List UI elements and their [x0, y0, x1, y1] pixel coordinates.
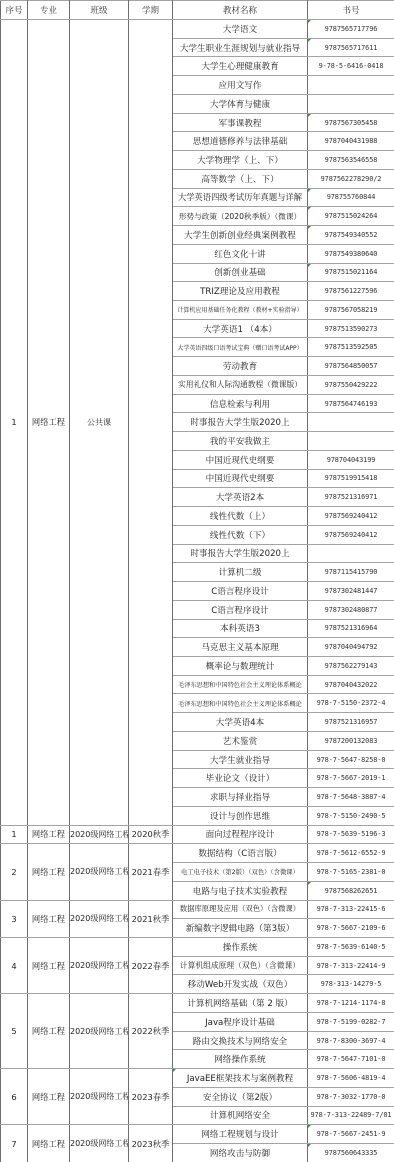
book-name-cell[interactable]: 大学英语四级口语考试宝典（赠口语考试APP） — [173, 338, 308, 357]
isbn-value: 9787040432022 — [325, 681, 378, 689]
isbn-cell[interactable]: 9787302480877 — [308, 600, 394, 619]
major-cell[interactable]: 网络工程 — [28, 937, 70, 993]
isbn-cell[interactable]: 978-7-5165-2381-0 — [308, 863, 394, 882]
isbn-value: 978-7-5639-6140-5 — [317, 943, 386, 951]
isbn-cell[interactable]: 978-7-5606-4819-4 — [308, 1069, 394, 1088]
isbn-cell[interactable]: 9787513590273 — [308, 319, 394, 338]
book-name: 数据结构（C语言版） — [198, 849, 281, 859]
table-row: 1网络工程2020级网络工程本科1班2020秋季面向过程程序设计978-7-56… — [1, 825, 394, 844]
isbn-value: 978-7-5667-2451-9 — [317, 1130, 386, 1138]
isbn-cell[interactable] — [308, 94, 394, 113]
book-name: 思想道德修养与法律基础 — [193, 137, 288, 147]
isbn-value: 9787567058219 — [325, 306, 378, 314]
seq-cell[interactable]: 1 — [1, 20, 28, 826]
isbn-cell[interactable]: 9787565717611 — [308, 38, 394, 57]
book-name: 安全协议（第2版） — [203, 1093, 277, 1103]
book-name: 网络攻击与防御 — [210, 1149, 270, 1159]
isbn-value: 978755760844 — [327, 193, 376, 201]
isbn-cell[interactable]: 978704043199 — [308, 450, 394, 469]
isbn-value: 978-7-5667-2019-1 — [317, 774, 386, 782]
isbn-value: 9787563546558 — [325, 156, 378, 164]
book-name-cell[interactable]: 新编数字逻辑电路（第3版） — [173, 919, 308, 938]
book-name: 计算机应用基础任务化教程（教材+实验指导） — [177, 307, 302, 314]
text-format-indicator-icon — [308, 189, 311, 192]
book-name: 网络工程规划与设计 — [201, 1130, 278, 1140]
book-name: 应用文写作 — [219, 81, 262, 91]
book-name-cell[interactable]: 中国近现代史纲要 — [173, 469, 308, 488]
class-cell[interactable]: 2020级网络工程本科1班 — [70, 994, 129, 1069]
book-name: 大学语文 — [223, 25, 257, 35]
isbn-cell[interactable]: 978-7-5667-2451-9 — [308, 1125, 394, 1144]
book-name: 大学生职业生涯规划与就业指导 — [180, 44, 300, 54]
isbn-cell[interactable]: 978755760844 — [308, 188, 394, 207]
header-book-name[interactable]: 教材名称 — [173, 1, 308, 20]
isbn-cell[interactable]: 9787513592505 — [308, 338, 394, 357]
class-cell[interactable]: 2020级网络工程本科1班 — [70, 1069, 129, 1125]
book-name-cell[interactable]: 大学体育与健康 — [173, 94, 308, 113]
text-format-indicator-icon — [308, 882, 311, 885]
book-name-cell[interactable]: 大学英语1 （4本） — [173, 319, 308, 338]
isbn-value: 9787561227596 — [325, 287, 378, 295]
text-format-indicator-icon — [308, 114, 311, 117]
book-name: 路由交换技术与网络安全 — [193, 1037, 288, 1047]
term-cell[interactable]: 2021秋季 — [129, 900, 173, 937]
book-name: C语言程序设计 — [211, 587, 269, 597]
header-term[interactable]: 学期 — [129, 1, 173, 20]
book-name-cell[interactable]: 面向过程程序设计 — [173, 825, 308, 844]
isbn-value: 9787562278290/2 — [321, 175, 382, 183]
isbn-value: 978-7-5648-3887-4 — [317, 793, 386, 801]
isbn-cell[interactable]: 978-7-1214-1174-8 — [308, 994, 394, 1013]
isbn-value: 9787568262651 — [325, 887, 378, 895]
book-name-cell[interactable]: 大学物理学（上、下） — [173, 151, 308, 170]
isbn-cell[interactable]: 9787563546558 — [308, 151, 394, 170]
isbn-cell[interactable]: 9787040431988 — [308, 132, 394, 151]
book-name: 中国近现代史纲要 — [206, 456, 275, 466]
isbn-value: 9787565717796 — [325, 25, 378, 33]
major-cell[interactable]: 网络工程 — [28, 1125, 70, 1162]
isbn-cell[interactable]: 978-7-5639-5196-3 — [308, 825, 394, 844]
isbn-value: 978-7-1214-1174-8 — [317, 999, 386, 1007]
isbn-cell[interactable]: 978-7-5667-2019-1 — [308, 769, 394, 788]
isbn-cell[interactable]: 978-7-5612-6552-9 — [308, 844, 394, 863]
isbn-value: 9787302481447 — [325, 587, 378, 595]
class-cell[interactable]: 2020级网络工程本科1班 — [70, 844, 129, 900]
isbn-cell[interactable]: 978-7-5150-2372-4 — [308, 694, 394, 713]
text-format-indicator-icon — [308, 1144, 311, 1147]
isbn-value: 9787560643335 — [325, 1149, 378, 1157]
book-name: 大学英语四级口语考试宝典（赠口语考试APP） — [177, 345, 302, 352]
book-name-cell[interactable]: 大学英语2本 — [173, 488, 308, 507]
header-isbn[interactable]: 书号 — [308, 1, 394, 20]
text-format-indicator-icon — [308, 264, 311, 267]
book-name: 红色文化十讲 — [214, 250, 266, 260]
book-name: 本科英语3 — [220, 624, 260, 634]
isbn-cell[interactable]: 978-7-5150-2490-5 — [308, 806, 394, 825]
book-name: 大学英语四级考试历年真题与详解 — [178, 192, 302, 202]
isbn-value: 978-7-5150-2490-5 — [317, 812, 386, 820]
isbn-cell[interactable]: 978-7-313-22415-6 — [308, 900, 394, 919]
book-name-cell[interactable]: 网络操作系统 — [173, 1050, 308, 1069]
book-name: 新编数字逻辑电路（第3版） — [186, 924, 295, 934]
isbn-value: 9787569240412 — [325, 512, 378, 520]
class-cell[interactable]: 2020级网络工程本科1班 — [70, 900, 129, 937]
book-name-cell[interactable]: 军事课教程 — [173, 113, 308, 132]
isbn-cell[interactable]: 978-7-313-22414-9 — [308, 956, 394, 975]
isbn-value: 978-7-5639-5196-3 — [317, 830, 386, 838]
isbn-cell[interactable]: 978-7-3032-1770-0 — [308, 1087, 394, 1106]
textbook-spreadsheet: 序号 专业 班级 学期 教材名称 书号 1网络工程公共课大学语文97875657… — [0, 0, 394, 1162]
table-row: 1网络工程公共课大学语文9787565717796 — [1, 20, 394, 39]
book-name: TRIZ理论及应用教程 — [200, 287, 280, 297]
book-name-cell[interactable]: C语言程序设计 — [173, 600, 308, 619]
isbn-value: 9787513590273 — [325, 325, 378, 333]
book-name: 中国近现代史纲要 — [206, 474, 275, 484]
isbn-value: 9787521316957 — [325, 718, 378, 726]
text-format-indicator-icon — [308, 1125, 311, 1128]
book-name: 我的平安我做主 — [210, 437, 270, 447]
book-name-cell[interactable]: 本科英语3 — [173, 619, 308, 638]
book-name: 计算机网络安全 — [210, 1111, 270, 1121]
book-name: 劳动教育 — [223, 362, 257, 372]
term-cell[interactable]: 2021春季 — [129, 844, 173, 900]
isbn-value: 978-7-5647-8258-0 — [317, 756, 386, 764]
book-name-cell[interactable]: 大学英语四级考试历年真题与详解 — [173, 188, 308, 207]
isbn-value: 978-7-5667-2109-6 — [317, 924, 386, 932]
book-name: 数据库原理及应用（双色）（含微课） — [180, 904, 300, 913]
isbn-cell[interactable]: 9787560643335 — [308, 1144, 394, 1162]
isbn-cell[interactable]: 978-7-5647-8258-0 — [308, 750, 394, 769]
table-row: 2网络工程2020级网络工程本科1班2021春季数据结构（C语言版）978-7-… — [1, 844, 394, 863]
table-row: 5网络工程2020级网络工程本科1班2022秋季计算机网络基础（第 2 版）97… — [1, 994, 394, 1013]
book-name-cell[interactable]: 大学生创新创业经典案例教程 — [173, 226, 308, 245]
book-name: 电路与电子技术实验教程 — [193, 887, 288, 897]
seq-cell[interactable]: 2 — [1, 844, 28, 900]
class-cell[interactable]: 2020级网络工程本科1班 — [70, 1125, 129, 1162]
book-name: 设计与创作思维 — [210, 812, 270, 822]
header-row: 序号 专业 班级 学期 教材名称 书号 — [1, 1, 394, 20]
book-name-cell[interactable]: 大学生就业指导 — [173, 750, 308, 769]
book-name: 马克思主义基本原理 — [201, 643, 278, 653]
book-name: 大学英语2本 — [216, 493, 264, 503]
major-cell[interactable]: 网络工程 — [28, 1069, 70, 1125]
isbn-cell[interactable] — [308, 76, 394, 95]
book-name: 计算机二级 — [219, 568, 262, 578]
book-name-cell[interactable]: 创新创业基础 — [173, 263, 308, 282]
book-name-cell[interactable]: 线性代数（下） — [173, 525, 308, 544]
isbn-value: 9787040494792 — [325, 643, 378, 651]
book-name: 毕业论文（设计） — [206, 774, 275, 784]
seq-cell[interactable]: 5 — [1, 994, 28, 1069]
isbn-value: 978-7-8300-3697-4 — [317, 1037, 386, 1045]
book-name: 操作系统 — [223, 943, 257, 953]
isbn-cell[interactable] — [308, 413, 394, 432]
isbn-value: 9787513592505 — [325, 343, 378, 351]
isbn-cell[interactable]: 9787562278290/2 — [308, 169, 394, 188]
isbn-cell[interactable]: 9787302481447 — [308, 582, 394, 601]
isbn-value: 978-313-14279-5 — [321, 980, 382, 988]
book-name: 大学生创新创业经典案例教程 — [184, 231, 296, 241]
isbn-cell[interactable]: 9787568262651 — [308, 881, 394, 900]
book-name: 时事报告大学生版2020上 — [190, 418, 289, 428]
book-name-cell[interactable]: 计算机应用基础任务化教程（教材+实验指导） — [173, 301, 308, 320]
table-body: 1网络工程公共课大学语文9787565717796大学生职业生涯规划与就业指导9… — [1, 20, 394, 1162]
isbn-value: 9787569240412 — [325, 531, 378, 539]
book-name-cell[interactable]: 数据库原理及应用（双色）（含微课） — [173, 900, 308, 919]
book-name: 计算机网络基础（第 2 版） — [187, 999, 292, 1009]
book-name: 大学物理学（上、下） — [197, 156, 283, 166]
isbn-value: 978-7-313-22415-6 — [317, 905, 386, 913]
book-name-cell[interactable]: 红色文化十讲 — [173, 244, 308, 263]
isbn-cell[interactable]: 9787519915418 — [308, 469, 394, 488]
isbn-cell[interactable]: 9787521316964 — [308, 619, 394, 638]
book-name: 大学体育与健康 — [210, 100, 270, 110]
isbn-cell[interactable]: 9787562279143 — [308, 656, 394, 675]
book-name-cell[interactable]: 安全协议（第2版） — [173, 1087, 308, 1106]
book-name-cell[interactable]: 我的平安我做主 — [173, 432, 308, 451]
book-name: Java程序设计基础 — [205, 1018, 275, 1028]
book-name-cell[interactable]: 艺术鉴赏 — [173, 731, 308, 750]
book-name: 毛泽东思想和中国特色社会主义理论体系概论 — [178, 682, 302, 689]
isbn-cell[interactable]: 9787567058219 — [308, 301, 394, 320]
book-name-cell[interactable]: 网络攻击与防御 — [173, 1144, 308, 1162]
isbn-cell[interactable]: 9787521316957 — [308, 713, 394, 732]
book-name-cell[interactable]: 信息检索与利用 — [173, 394, 308, 413]
isbn-cell[interactable]: 9787549340552 — [308, 226, 394, 245]
book-name-cell[interactable]: 大学生心理健康教育 — [173, 57, 308, 76]
book-name: 形势与政策（2020秋季版）（微课） — [179, 212, 301, 221]
isbn-value: 9787549380640 — [325, 250, 378, 258]
isbn-cell[interactable]: 9787515021164 — [308, 263, 394, 282]
isbn-cell[interactable]: 9787515024264 — [308, 207, 394, 226]
isbn-cell[interactable]: 9787040432022 — [308, 675, 394, 694]
book-name-cell[interactable]: 计算机网络安全 — [173, 1106, 308, 1125]
seq-cell[interactable]: 1 — [1, 825, 28, 844]
seq-cell[interactable]: 3 — [1, 900, 28, 937]
text-format-indicator-icon — [308, 20, 311, 23]
book-name-cell[interactable]: 大学英语4本 — [173, 713, 308, 732]
book-name-cell[interactable]: 计算机网络基础（第 2 版） — [173, 994, 308, 1013]
book-name-cell[interactable]: 马克思主义基本原理 — [173, 638, 308, 657]
book-name: 毛泽东思想和中国特色社会主义理论体系概论 — [178, 701, 302, 708]
table-row: 3网络工程2020级网络工程本科1班2021秋季数据库原理及应用（双色）（含微课… — [1, 900, 394, 919]
header-class[interactable]: 班级 — [70, 1, 129, 20]
isbn-value: 978-7-313-22414-9 — [317, 962, 386, 970]
book-name-cell[interactable]: 时事报告大学生版2020上 — [173, 544, 308, 563]
text-format-indicator-icon — [173, 1069, 176, 1072]
table-row: 6网络工程2020级网络工程本科1班2023春季JavaEE框架技术与案例教程9… — [1, 1069, 394, 1088]
book-name-cell[interactable]: C语言程序设计 — [173, 582, 308, 601]
book-name: C语言程序设计 — [211, 606, 269, 616]
book-name-cell[interactable]: 数据结构（C语言版） — [173, 844, 308, 863]
text-format-indicator-icon — [308, 207, 311, 210]
isbn-value: 978704043199 — [327, 456, 376, 464]
isbn-value: 9787519915418 — [325, 474, 378, 482]
isbn-cell[interactable]: 9787564850057 — [308, 357, 394, 376]
class-cell[interactable]: 2020级网络工程本科1班 — [70, 937, 129, 993]
isbn-cell[interactable]: 9787569240412 — [308, 525, 394, 544]
seq-cell[interactable]: 4 — [1, 937, 28, 993]
isbn-value: 9787200132083 — [325, 737, 378, 745]
book-name-cell[interactable]: 时事报告大学生版2020上 — [173, 413, 308, 432]
book-name-cell[interactable]: JavaEE框架技术与案例教程 — [173, 1069, 308, 1088]
isbn-cell[interactable] — [308, 432, 394, 451]
book-name-cell[interactable]: Java程序设计基础 — [173, 1012, 308, 1031]
book-name: 大学英语1 （4本） — [203, 325, 277, 335]
isbn-cell[interactable]: 978-7-5648-3887-4 — [308, 788, 394, 807]
major-cell[interactable]: 网络工程 — [28, 20, 70, 826]
isbn-cell[interactable]: 9787200132083 — [308, 731, 394, 750]
book-name: 时事报告大学生版2020上 — [190, 549, 289, 559]
book-name: 线性代数（下） — [210, 531, 270, 541]
book-name: 移动Web开发实战（双色） — [188, 980, 293, 990]
text-format-indicator-icon — [308, 39, 311, 42]
book-name-cell[interactable]: TRIZ理论及应用教程 — [173, 282, 308, 301]
term-cell[interactable]: 2022春季 — [129, 937, 173, 993]
isbn-value: 978-7-5612-6552-9 — [317, 849, 386, 857]
book-name-cell[interactable]: 线性代数（上） — [173, 507, 308, 526]
major-cell[interactable]: 网络工程 — [28, 825, 70, 844]
book-name-cell[interactable]: 毛泽东思想和中国特色社会主义理论体系概论 — [173, 694, 308, 713]
table-row: 7网络工程2020级网络工程本科1班2023秋季网络工程规划与设计978-7-5… — [1, 1125, 394, 1144]
seq-cell[interactable]: 7 — [1, 1125, 28, 1162]
book-name: 面向过程程序设计 — [206, 830, 275, 840]
isbn-value: 9787040431988 — [325, 137, 378, 145]
book-name-cell[interactable]: 求职与择业指导 — [173, 788, 308, 807]
book-name: 电工电子技术（第2版）（双色）（含微课） — [181, 869, 299, 876]
book-name: 大学生就业指导 — [210, 756, 270, 766]
isbn-value: 978-7-5647-7101-0 — [317, 1055, 386, 1063]
book-name: 艺术鉴赏 — [223, 737, 257, 747]
book-name: 概率论与数理统计 — [206, 662, 275, 672]
isbn-value: 978-7-5165-2381-0 — [317, 868, 386, 876]
isbn-cell[interactable]: 9-78-5-6416-0418 — [308, 57, 394, 76]
class-cell[interactable]: 2020级网络工程本科1班 — [70, 825, 129, 844]
book-name: 大学生心理健康教育 — [201, 62, 278, 72]
isbn-cell[interactable]: 978-313-14279-5 — [308, 975, 394, 994]
book-name-cell[interactable]: 中国近现代史纲要 — [173, 450, 308, 469]
book-name-cell[interactable]: 思想道德修养与法律基础 — [173, 132, 308, 151]
isbn-cell[interactable]: 9787569240412 — [308, 507, 394, 526]
isbn-value: 9787521316971 — [325, 493, 378, 501]
book-name: 线性代数（上） — [210, 512, 270, 522]
term-cell[interactable] — [129, 20, 173, 826]
book-name: 计算机组成原理（双色）（含微课） — [180, 961, 300, 970]
isbn-value: 9787564850057 — [325, 362, 378, 370]
isbn-value: 978-7-3032-1770-0 — [317, 1093, 386, 1101]
isbn-value: 9787302480877 — [325, 606, 378, 614]
isbn-cell[interactable]: 9787549380640 — [308, 244, 394, 263]
book-name: 信息检索与利用 — [210, 400, 270, 410]
book-name: 高等数学（上、下） — [201, 175, 278, 185]
isbn-cell[interactable]: 978-7-5667-2109-6 — [308, 919, 394, 938]
header-major[interactable]: 专业 — [28, 1, 70, 20]
isbn-cell[interactable]: 9787567305458 — [308, 113, 394, 132]
book-name-cell[interactable]: 概率论与数理统计 — [173, 656, 308, 675]
isbn-value: 9-78-5-6416-0418 — [319, 62, 384, 70]
isbn-value: 9787564746193 — [325, 400, 378, 408]
isbn-cell[interactable]: 9787550429222 — [308, 375, 394, 394]
book-name-cell[interactable]: 大学语文 — [173, 20, 308, 39]
book-name-cell[interactable]: 计算机二级 — [173, 563, 308, 582]
book-name-cell[interactable]: 电路与电子技术实验教程 — [173, 881, 308, 900]
isbn-value: 9787115415790 — [325, 568, 378, 576]
isbn-value: 9787562279143 — [325, 662, 378, 670]
isbn-value: 978-7-5150-2372-4 — [317, 699, 386, 707]
major-cell[interactable]: 网络工程 — [28, 994, 70, 1069]
book-name-cell[interactable]: 设计与创作思维 — [173, 806, 308, 825]
book-name-cell[interactable]: 大学生职业生涯规划与就业指导 — [173, 38, 308, 57]
book-name-cell[interactable]: 电工电子技术（第2版）（双色）（含微课） — [173, 863, 308, 882]
isbn-value: 978-7-5199-0282-7 — [317, 1018, 386, 1026]
book-name: 大学英语4本 — [216, 718, 264, 728]
isbn-cell[interactable] — [308, 544, 394, 563]
book-name-cell[interactable]: 形势与政策（2020秋季版）（微课） — [173, 207, 308, 226]
book-name-cell[interactable]: 路由交换技术与网络安全 — [173, 1031, 308, 1050]
isbn-cell[interactable]: 978-7-5639-6140-5 — [308, 937, 394, 956]
isbn-cell[interactable]: 9787521316971 — [308, 488, 394, 507]
isbn-value: 9787515024264 — [325, 212, 378, 220]
book-name-cell[interactable]: 操作系统 — [173, 937, 308, 956]
isbn-cell[interactable]: 978-7-8300-3697-4 — [308, 1031, 394, 1050]
isbn-cell[interactable]: 978-7-5647-7101-0 — [308, 1050, 394, 1069]
isbn-cell[interactable]: 978-7-313-22489-7/01 — [308, 1106, 394, 1125]
book-name: 创新创业基础 — [214, 268, 266, 278]
book-name-cell[interactable]: 应用文写作 — [173, 76, 308, 95]
isbn-cell[interactable]: 9787040494792 — [308, 638, 394, 657]
book-name-cell[interactable]: 计算机组成原理（双色）（含微课） — [173, 956, 308, 975]
text-format-indicator-icon — [308, 226, 311, 229]
term-cell[interactable]: 2023秋季 — [129, 1125, 173, 1162]
isbn-cell[interactable]: 9787115415790 — [308, 563, 394, 582]
book-name-cell[interactable]: 实用礼仪和人际沟通教程（微课版） — [173, 375, 308, 394]
term-cell[interactable]: 2023春季 — [129, 1069, 173, 1125]
isbn-value: 9787565717611 — [325, 44, 378, 52]
table-row: 4网络工程2020级网络工程本科1班2022春季操作系统978-7-5639-6… — [1, 937, 394, 956]
isbn-value: 9787567305458 — [325, 119, 378, 127]
major-cell[interactable]: 网络工程 — [28, 844, 70, 900]
book-name-cell[interactable]: 移动Web开发实战（双色） — [173, 975, 308, 994]
book-name: 求职与择业指导 — [210, 793, 270, 803]
book-name: 军事课教程 — [219, 119, 262, 129]
isbn-value: 9787550429222 — [325, 381, 378, 389]
book-name-cell[interactable]: 毛泽东思想和中国特色社会主义理论体系概论 — [173, 675, 308, 694]
isbn-cell[interactable]: 9787565717796 — [308, 20, 394, 39]
header-seq[interactable]: 序号 — [1, 1, 28, 20]
isbn-cell[interactable]: 9787564746193 — [308, 394, 394, 413]
isbn-cell[interactable]: 978-7-5199-0282-7 — [308, 1012, 394, 1031]
book-name-cell[interactable]: 高等数学（上、下） — [173, 169, 308, 188]
isbn-value: 9787521316964 — [325, 624, 378, 632]
isbn-value: 978-7-313-22489-7/01 — [311, 1111, 392, 1119]
major-cell[interactable]: 网络工程 — [28, 900, 70, 937]
term-cell[interactable]: 2022秋季 — [129, 994, 173, 1069]
book-name-cell[interactable]: 毕业论文（设计） — [173, 769, 308, 788]
book-name-cell[interactable]: 网络工程规划与设计 — [173, 1125, 308, 1144]
isbn-cell[interactable]: 9787561227596 — [308, 282, 394, 301]
isbn-value: 978-7-5606-4819-4 — [317, 1074, 386, 1082]
class-cell[interactable]: 公共课 — [70, 20, 129, 826]
seq-cell[interactable]: 6 — [1, 1069, 28, 1125]
book-name: JavaEE框架技术与案例教程 — [187, 1074, 293, 1084]
isbn-value: 9787549340552 — [325, 231, 378, 239]
book-name: 实用礼仪和人际沟通教程（微课版） — [178, 380, 302, 389]
term-cell[interactable]: 2020秋季 — [129, 825, 173, 844]
book-name-cell[interactable]: 劳动教育 — [173, 357, 308, 376]
book-name: 网络操作系统 — [214, 1055, 266, 1065]
isbn-value: 9787515021164 — [325, 268, 378, 276]
